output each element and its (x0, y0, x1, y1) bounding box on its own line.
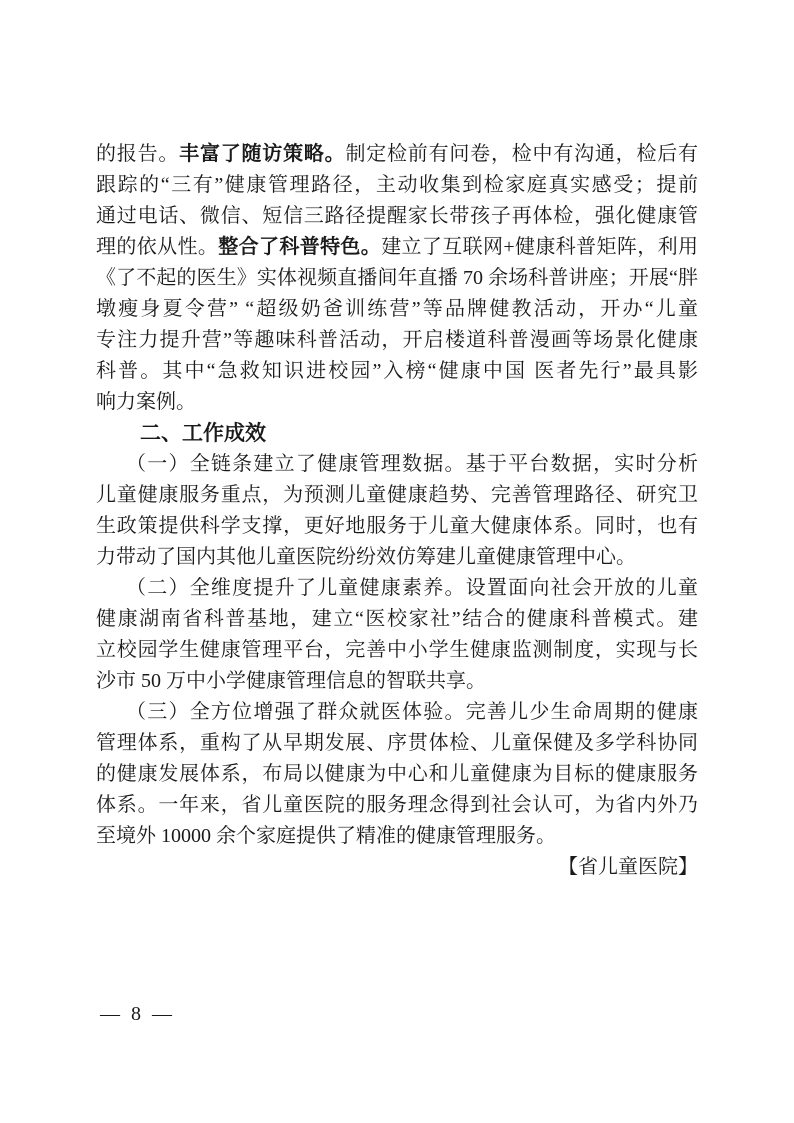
bold-run: 整合了科普特色。 (218, 236, 381, 258)
para-continuation-followup-line: 的报告。丰富了随访策略。制定检前有问卷，检中有沟通，检后有 (96, 139, 698, 170)
bold-run: 丰富了随访策略。 (179, 143, 345, 165)
text-run: 科普。其中“急救知识进校园”入榜“健康中国 医者先行”最具影 (96, 360, 698, 382)
text-run: 力带动了国内其他儿童医院纷纷效仿筹建儿童健康管理中心。 (96, 546, 636, 568)
text-run: 的报告。 (96, 143, 179, 165)
page: { "page": { "background_color": "#ffffff… (0, 0, 794, 1123)
heading-work-results: 二、工作成效 (96, 418, 698, 449)
para-continuation-followup-line: 墩瘦身夏令营” “超级奶爸训练营”等品牌健教活动，开办“儿童 (96, 294, 698, 325)
text-run: 响力案例。 (96, 391, 196, 413)
para-item-3-patient-experience-line: （三）全方位增强了群众就医体验。完善儿少生命周期的健康 (96, 697, 698, 728)
text-run: 跟踪的“三有”健康管理路径，主动收集到检家庭真实感受；提前 (96, 174, 698, 196)
para-continuation-followup-line: 跟踪的“三有”健康管理路径，主动收集到检家庭真实感受；提前 (96, 170, 698, 201)
para-item-2-health-literacy-line: （二）全维度提升了儿童健康素养。设置面向社会开放的儿童 (96, 573, 698, 604)
text-run: 沙市 50 万中小学健康管理信息的智联共享。 (96, 670, 486, 692)
text-run: 《了不起的医生》实体视频直播间年直播 70 余场科普讲座；开展“胖 (96, 267, 698, 289)
text-run: 专注力提升营”等趣味科普活动，开启楼道科普漫画等场景化健康 (96, 329, 698, 351)
text-run: 的健康发展体系，布局以健康为中心和儿童健康为目标的健康服务 (96, 763, 698, 785)
para-item-2-health-literacy-line: 沙市 50 万中小学健康管理信息的智联共享。 (96, 666, 698, 697)
text-run: （一）全链条建立了健康管理数据。基于平台数据，实时分析 (126, 453, 698, 475)
para-item-2-health-literacy-line: 立校园学生健康管理平台，完善中小学生健康监测制度，实现与长 (96, 635, 698, 666)
para-item-1-health-data-line: 力带动了国内其他儿童医院纷纷效仿筹建儿童健康管理中心。 (96, 542, 698, 573)
text-run: 通过电话、微信、短信三路径提醒家长带孩子再体检，强化健康管 (96, 205, 698, 227)
para-continuation-followup-line: 科普。其中“急救知识进校园”入榜“健康中国 医者先行”最具影 (96, 356, 698, 387)
text-run: 生政策提供科学支撑，更好地服务于儿童大健康体系。同时，也有 (96, 515, 698, 537)
text-run: 制定检前有问卷，检中有沟通，检后有 (345, 143, 698, 165)
text-run: 墩瘦身夏令营” “超级奶爸训练营”等品牌健教活动，开办“儿童 (96, 298, 698, 320)
para-continuation-followup-line: 通过电话、微信、短信三路径提醒家长带孩子再体检，强化健康管 (96, 201, 698, 232)
para-item-1-health-data-line: （一）全链条建立了健康管理数据。基于平台数据，实时分析 (96, 449, 698, 480)
document-body: 的报告。丰富了随访策略。制定检前有问卷，检中有沟通，检后有跟踪的“三有”健康管理… (96, 139, 698, 883)
para-continuation-followup-line: 理的依从性。整合了科普特色。建立了互联网+健康科普矩阵，利用 (96, 232, 698, 263)
para-continuation-followup-line: 响力案例。 (96, 387, 698, 418)
text-run: 体系。一年来，省儿童医院的服务理念得到社会认可，为省内外乃 (96, 794, 698, 816)
text-run: 管理体系，重构了从早期发展、序贯体检、儿童保健及多学科协同 (96, 732, 698, 754)
text-run: 建立了互联网+健康科普矩阵，利用 (381, 236, 698, 258)
text-run: 儿童健康服务重点，为预测儿童健康趋势、完善管理路径、研究卫 (96, 484, 698, 506)
para-item-3-patient-experience-line: 的健康发展体系，布局以健康为中心和儿童健康为目标的健康服务 (96, 759, 698, 790)
para-item-3-patient-experience-line: 体系。一年来，省儿童医院的服务理念得到社会认可，为省内外乃 (96, 790, 698, 821)
para-continuation-followup-line: 专注力提升营”等趣味科普活动，开启楼道科普漫画等场景化健康 (96, 325, 698, 356)
para-item-2-health-literacy-line: 健康湖南省科普基地，建立“医校家社”结合的健康科普模式。建 (96, 604, 698, 635)
text-run: 健康湖南省科普基地，建立“医校家社”结合的健康科普模式。建 (96, 608, 698, 630)
text-run: （二）全维度提升了儿童健康素养。设置面向社会开放的儿童 (126, 577, 698, 599)
text-run: 立校园学生健康管理平台，完善中小学生健康监测制度，实现与长 (96, 639, 698, 661)
text-run: 至境外 10000 余个家庭提供了精准的健康管理服务。 (96, 825, 556, 847)
para-continuation-followup-line: 《了不起的医生》实体视频直播间年直播 70 余场科普讲座；开展“胖 (96, 263, 698, 294)
text-run: 理的依从性。 (96, 236, 218, 258)
page-number: — 8 — (100, 1003, 173, 1026)
text-run: （三）全方位增强了群众就医体验。完善儿少生命周期的健康 (126, 701, 698, 723)
signature-hospital: 【省儿童医院】 (96, 852, 698, 883)
para-item-1-health-data-line: 儿童健康服务重点，为预测儿童健康趋势、完善管理路径、研究卫 (96, 480, 698, 511)
para-item-3-patient-experience-line: 至境外 10000 余个家庭提供了精准的健康管理服务。 (96, 821, 698, 852)
para-item-1-health-data-line: 生政策提供科学支撑，更好地服务于儿童大健康体系。同时，也有 (96, 511, 698, 542)
para-item-3-patient-experience-line: 管理体系，重构了从早期发展、序贯体检、儿童保健及多学科协同 (96, 728, 698, 759)
